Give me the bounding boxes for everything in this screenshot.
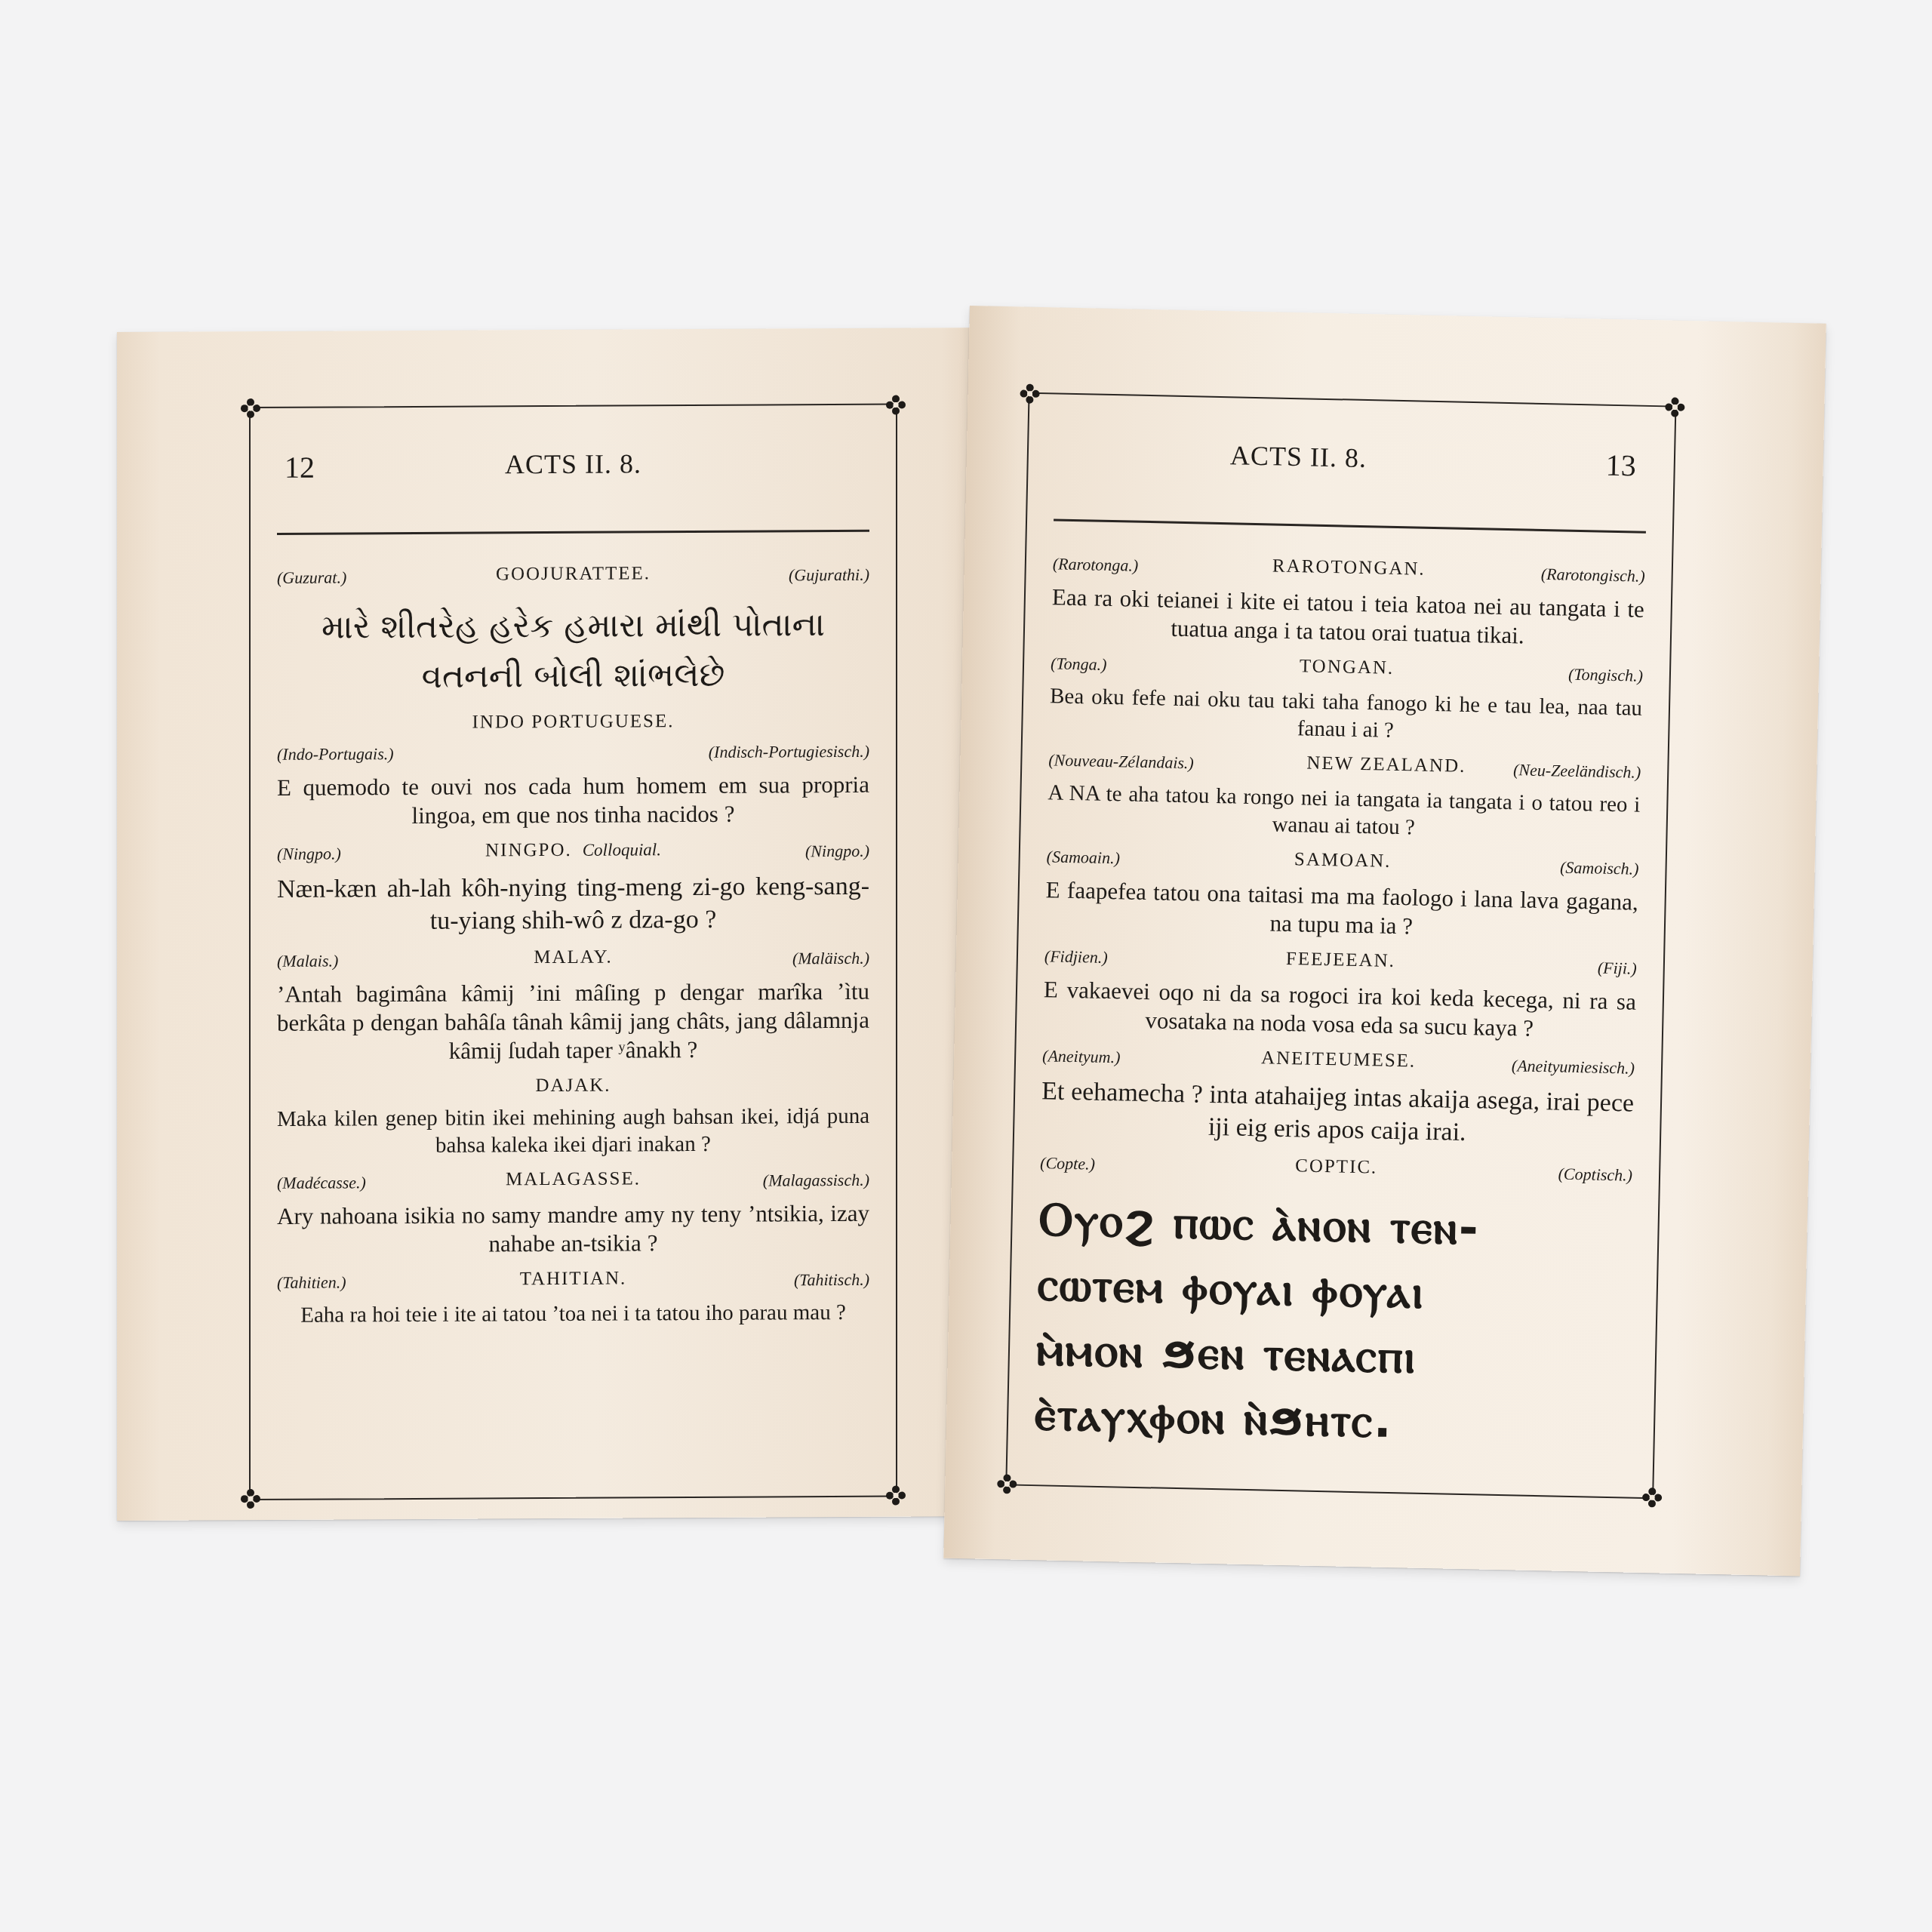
language-entry-ningpo: (Ningpo.) NINGPO.Colloquial. (Ningpo.) N… — [277, 838, 869, 937]
language-label-row: (Ningpo.) NINGPO.Colloquial. (Ningpo.) — [277, 838, 869, 871]
verse-line: વતનની બોલી શાંભલેછે — [277, 649, 869, 702]
verse-line: Eaa ra oki teianei i kite ei tatou i tei… — [1052, 583, 1467, 618]
page-border-frame: ACTS II. 8. 13 (Rarotonga.) RAROTONGAN. … — [1005, 392, 1676, 1500]
verse-line: tuatua tikai. — [1414, 620, 1524, 648]
verse-line: Maka kilen genep bitin ikei mehining aug… — [277, 1104, 734, 1131]
german-language-name: (Aneityumiesisch.) — [1512, 1056, 1635, 1078]
german-language-name: (Rarotongisch.) — [1541, 564, 1645, 586]
language-entry-tongan: (Tonga.) TONGAN. (Tongisch.) Bea oku fef… — [1049, 651, 1643, 749]
verse-text: Ary nahoana isikia no samy mandre amy ny… — [277, 1198, 869, 1259]
verse-line: Ⲟⲩⲟϩ ⲡⲱⲥ ⲁ̀ⲛⲟⲛ ⲧⲉⲛ- — [1038, 1186, 1632, 1263]
verse-text: Bea oku fefe nai oku tau taki taha fanog… — [1049, 682, 1642, 749]
dialect-note: Colloquial. — [583, 840, 661, 860]
verse-line: Ary nahoana isikia no samy mandre amy ny — [277, 1201, 694, 1229]
language-entry-tahitian: (Tahitien.) TAHITIAN. (Tahitisch.) Eaha … — [277, 1266, 869, 1328]
language-label-row: (Malais.) MALAY. (Maläisch.) — [277, 945, 869, 978]
language-entry-aneiteumese: (Aneityum.) ANEITEUMESE. (Aneityumiesisc… — [1041, 1043, 1635, 1152]
german-language-name: (Fiji.) — [1598, 958, 1637, 978]
language-entry-new-zealand: (Nouveau-Zélandais.) NEW ZEALAND. (Neu-Z… — [1047, 747, 1641, 845]
flower-ornament-icon — [239, 397, 262, 420]
verse-line: મારે શીતરેહ હરેક હમારા માંથી પોતાના — [277, 599, 869, 652]
running-head: ACTS II. 8. 13 — [1054, 428, 1648, 515]
verse-line: E quemodo te ouvi nos cada hum homem em … — [277, 771, 790, 801]
header-rule — [277, 530, 869, 535]
right-page: ACTS II. 8. 13 (Rarotonga.) RAROTONGAN. … — [943, 306, 1826, 1576]
verse-line: Eaha ra hoi teie i ite ai tatou ’toa nei… — [300, 1300, 734, 1327]
german-language-name: (Neu-Zeeländisch.) — [1513, 760, 1641, 783]
verse-text: E quemodo te ouvi nos cada hum homem em … — [277, 770, 869, 830]
flower-ornament-icon — [1663, 395, 1687, 419]
verse-line: ⲉ̀ⲧⲁⲩⲭⲫⲟⲛ ⲛ̀ϧⲏⲧⲥ. — [1034, 1381, 1628, 1458]
verse-line: ʸânakh ? — [618, 1035, 697, 1063]
verse-text: મારે શીતરેહ હરેક હમારા માંથી પોતાના વતનન… — [277, 599, 869, 702]
german-language-name: (Samoisch.) — [1560, 857, 1639, 878]
german-language-name: (Coptisch.) — [1558, 1164, 1632, 1185]
language-entry-goojurattee: (Guzurat.) GOOJURATTEE. (Gujurathi.) માર… — [277, 561, 869, 702]
right-page-content: ACTS II. 8. 13 (Rarotonga.) RAROTONGAN. … — [1034, 394, 1648, 1469]
verse-text: E faapefea tatou ona taitasi ma ma faolo… — [1045, 875, 1638, 945]
running-title: ACTS II. 8. — [277, 447, 869, 481]
english-language-name: INDO PORTUGUESE. — [277, 709, 869, 734]
german-language-name: (Maläisch.) — [792, 948, 869, 968]
german-language-name: (Gujurathi.) — [789, 565, 869, 585]
german-language-name: (Indisch-Portugiesisch.) — [709, 741, 869, 761]
language-entry-malay: (Malais.) MALAY. (Maläisch.) ’Antah bagi… — [277, 945, 869, 1066]
language-entry-malagasse: (Madécasse.) MALAGASSE. (Malagassisch.) … — [277, 1167, 869, 1259]
german-language-name: (Malagassisch.) — [763, 1170, 869, 1190]
language-label-row: (Copte.) COPTIC. (Coptisch.) — [1040, 1150, 1633, 1192]
language-label-row: (Tahitien.) TAHITIAN. (Tahitisch.) — [277, 1266, 869, 1300]
verse-line: parau mau ? — [739, 1300, 846, 1324]
flower-ornament-icon — [995, 1472, 1019, 1496]
language-entry-dajak: Maka kilen genep bitin ikei mehining aug… — [277, 1102, 869, 1159]
english-language-name: TAHITIAN. — [277, 1266, 869, 1291]
english-language-name: GOOJURATTEE. — [277, 561, 869, 586]
verse-text: E vakaevei oqo ni da sa rogoci ira koi k… — [1043, 975, 1636, 1044]
verse-line: ⲙ̀ⲙⲟⲛ ϧⲉⲛ ⲧⲉⲛⲁⲥⲡⲓ — [1035, 1316, 1629, 1393]
language-entry-feejeean: (Fidjien.) FEEJEEAN. (Fiji.) E vakaevei … — [1043, 943, 1637, 1044]
running-title: ACTS II. 8. — [1115, 437, 1482, 476]
french-language-name: (Indo-Portugais.) — [277, 744, 394, 764]
language-entry-samoan: (Samoain.) SAMOAN. (Samoisch.) E faapefe… — [1045, 844, 1639, 945]
language-label-row: (Madécasse.) MALAGASSE. (Malagassisch.) — [277, 1167, 869, 1200]
verse-line: Næn-kæn ah-lah kôh-nying ting-meng zi-go — [277, 872, 745, 903]
language-label-row: (Guzurat.) GOOJURATTEE. (Gujurathi.) — [277, 561, 869, 595]
german-language-name: (Tongisch.) — [1568, 664, 1643, 685]
flower-ornament-icon — [1018, 382, 1041, 405]
left-page-content: 12 ACTS II. 8. (Guzurat.) GOOJURATTEE. (… — [277, 405, 869, 1340]
verse-text: Næn-kæn ah-lah kôh-nying ting-meng zi-go… — [277, 869, 869, 937]
verse-text: Eaa ra oki teianei i kite ei tatou i tei… — [1051, 583, 1644, 652]
page-number: 13 — [1605, 448, 1636, 484]
page-border-frame: 12 ACTS II. 8. (Guzurat.) GOOJURATTEE. (… — [249, 404, 897, 1500]
german-language-name: (Tahitisch.) — [794, 1269, 869, 1290]
language-label-row: (Indo-Portugais.) (Indisch-Portugiesisch… — [277, 738, 869, 771]
english-name-text: NINGPO. — [485, 839, 572, 860]
verse-text: Eaha ra hoi teie i ite ai tatou ’toa nei… — [277, 1298, 869, 1328]
language-entry-indo-portuguese: (Indo-Portugais.) (Indisch-Portugiesisch… — [277, 738, 869, 830]
flower-ornament-icon — [884, 1484, 907, 1507]
german-language-name: (Ningpo.) — [805, 841, 869, 860]
verse-text: Ⲟⲩⲟϩ ⲡⲱⲥ ⲁ̀ⲛⲟⲛ ⲧⲉⲛ- ⲥⲱⲧⲉⲙ ⲫⲟⲩⲁⲓ ⲫⲟⲩⲁⲓ ⲙ̀… — [1034, 1186, 1632, 1458]
flower-ornament-icon — [884, 394, 907, 417]
left-page: 12 ACTS II. 8. (Guzurat.) GOOJURATTEE. (… — [117, 328, 985, 1521]
english-language-name: FEEJEEAN. — [1044, 943, 1637, 977]
verse-line: Et eehamecha ? inta atahaijeg intas akai… — [1041, 1077, 1470, 1114]
flower-ornament-icon — [1641, 1486, 1664, 1509]
verse-text: Et eehamecha ? inta atahaijeg intas akai… — [1041, 1075, 1635, 1152]
english-language-name: COPTIC. — [1040, 1150, 1632, 1183]
english-language-name: NINGPO.Colloquial. — [277, 838, 869, 862]
verse-text: Maka kilen genep bitin ikei mehining aug… — [277, 1102, 869, 1159]
header-rule — [1054, 518, 1646, 533]
verse-text: A NA te aha tatou ka rongo nei ia tangat… — [1047, 779, 1640, 845]
language-entry-rarotongan: (Rarotonga.) RAROTONGAN. (Rarotongisch.)… — [1051, 551, 1645, 652]
verse-text: ’Antah bagimâna kâmij ’ini mâſing p deng… — [277, 977, 869, 1066]
running-head: 12 ACTS II. 8. — [277, 439, 869, 518]
english-language-name: DAJAK. — [277, 1073, 869, 1097]
english-language-name: TONGAN. — [1051, 651, 1643, 684]
verse-line: ’Antah bagimâna kâmij ’ini mâſing p deng… — [277, 978, 743, 1007]
english-language-name: SAMOAN. — [1047, 844, 1639, 877]
verse-line: ⲥⲱⲧⲉⲙ ⲫⲟⲩⲁⲓ ⲫⲟⲩⲁⲓ — [1037, 1251, 1631, 1328]
english-language-name: MALAY. — [277, 945, 869, 969]
language-entry-coptic: (Copte.) COPTIC. (Coptisch.) Ⲟⲩⲟϩ ⲡⲱⲥ ⲁ̀… — [1034, 1150, 1632, 1458]
flower-ornament-icon — [239, 1487, 262, 1510]
